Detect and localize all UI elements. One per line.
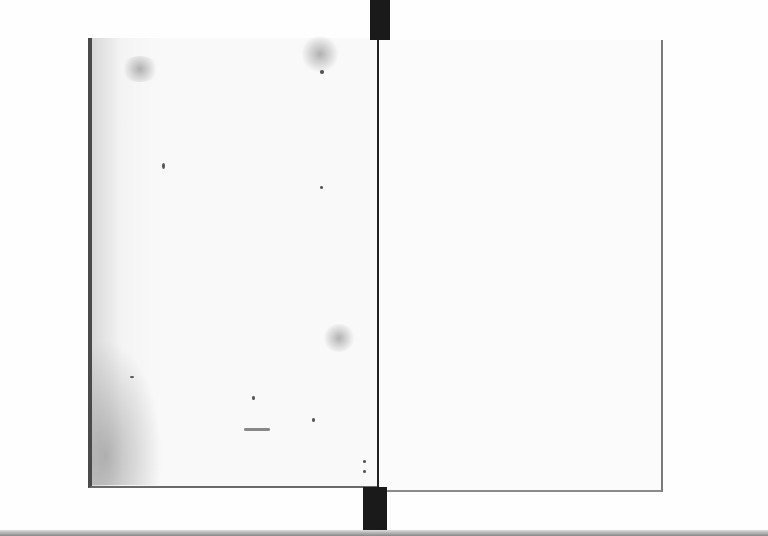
speck: [130, 376, 134, 378]
corner-stain: [92, 340, 162, 485]
speck: [312, 418, 315, 422]
book-spine: [377, 40, 379, 488]
speck: [244, 428, 270, 431]
foxing-stain: [300, 36, 340, 72]
right-page: [379, 40, 663, 492]
speck: [252, 396, 255, 400]
speck: [320, 70, 324, 74]
speck: [363, 460, 366, 463]
speck: [363, 470, 366, 473]
foxing-stain: [322, 324, 356, 352]
scanner-edge: [0, 530, 768, 536]
top-clip: [370, 0, 390, 40]
speck: [320, 186, 323, 189]
speck: [162, 163, 165, 169]
scanned-book-spread: [0, 0, 768, 536]
bottom-clip: [363, 487, 387, 536]
foxing-stain: [120, 56, 160, 82]
